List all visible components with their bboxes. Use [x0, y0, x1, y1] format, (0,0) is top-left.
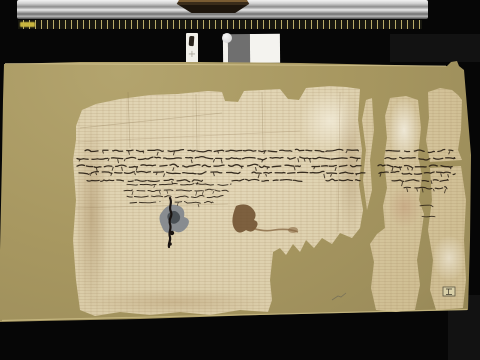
pale-fragment-surface-2 [433, 236, 465, 280]
ruler-brand-label [20, 22, 35, 27]
grayscale-white-patch [250, 34, 280, 63]
water-stain-left-edge [75, 120, 109, 310]
pale-fragment-surface [389, 99, 419, 161]
dark-fiber-streak [338, 95, 364, 235]
pink-mottling [388, 186, 421, 228]
photo-stage: + [0, 0, 480, 360]
white-balance-ball [222, 33, 232, 43]
registration-cross-icon: + [186, 49, 198, 61]
calibration-strip-card: + [186, 33, 198, 65]
calibration-glyph [189, 36, 195, 46]
background-shade-topright [390, 34, 480, 62]
bottom-stain-band [85, 290, 265, 314]
ruler-tick-strip [18, 20, 422, 29]
